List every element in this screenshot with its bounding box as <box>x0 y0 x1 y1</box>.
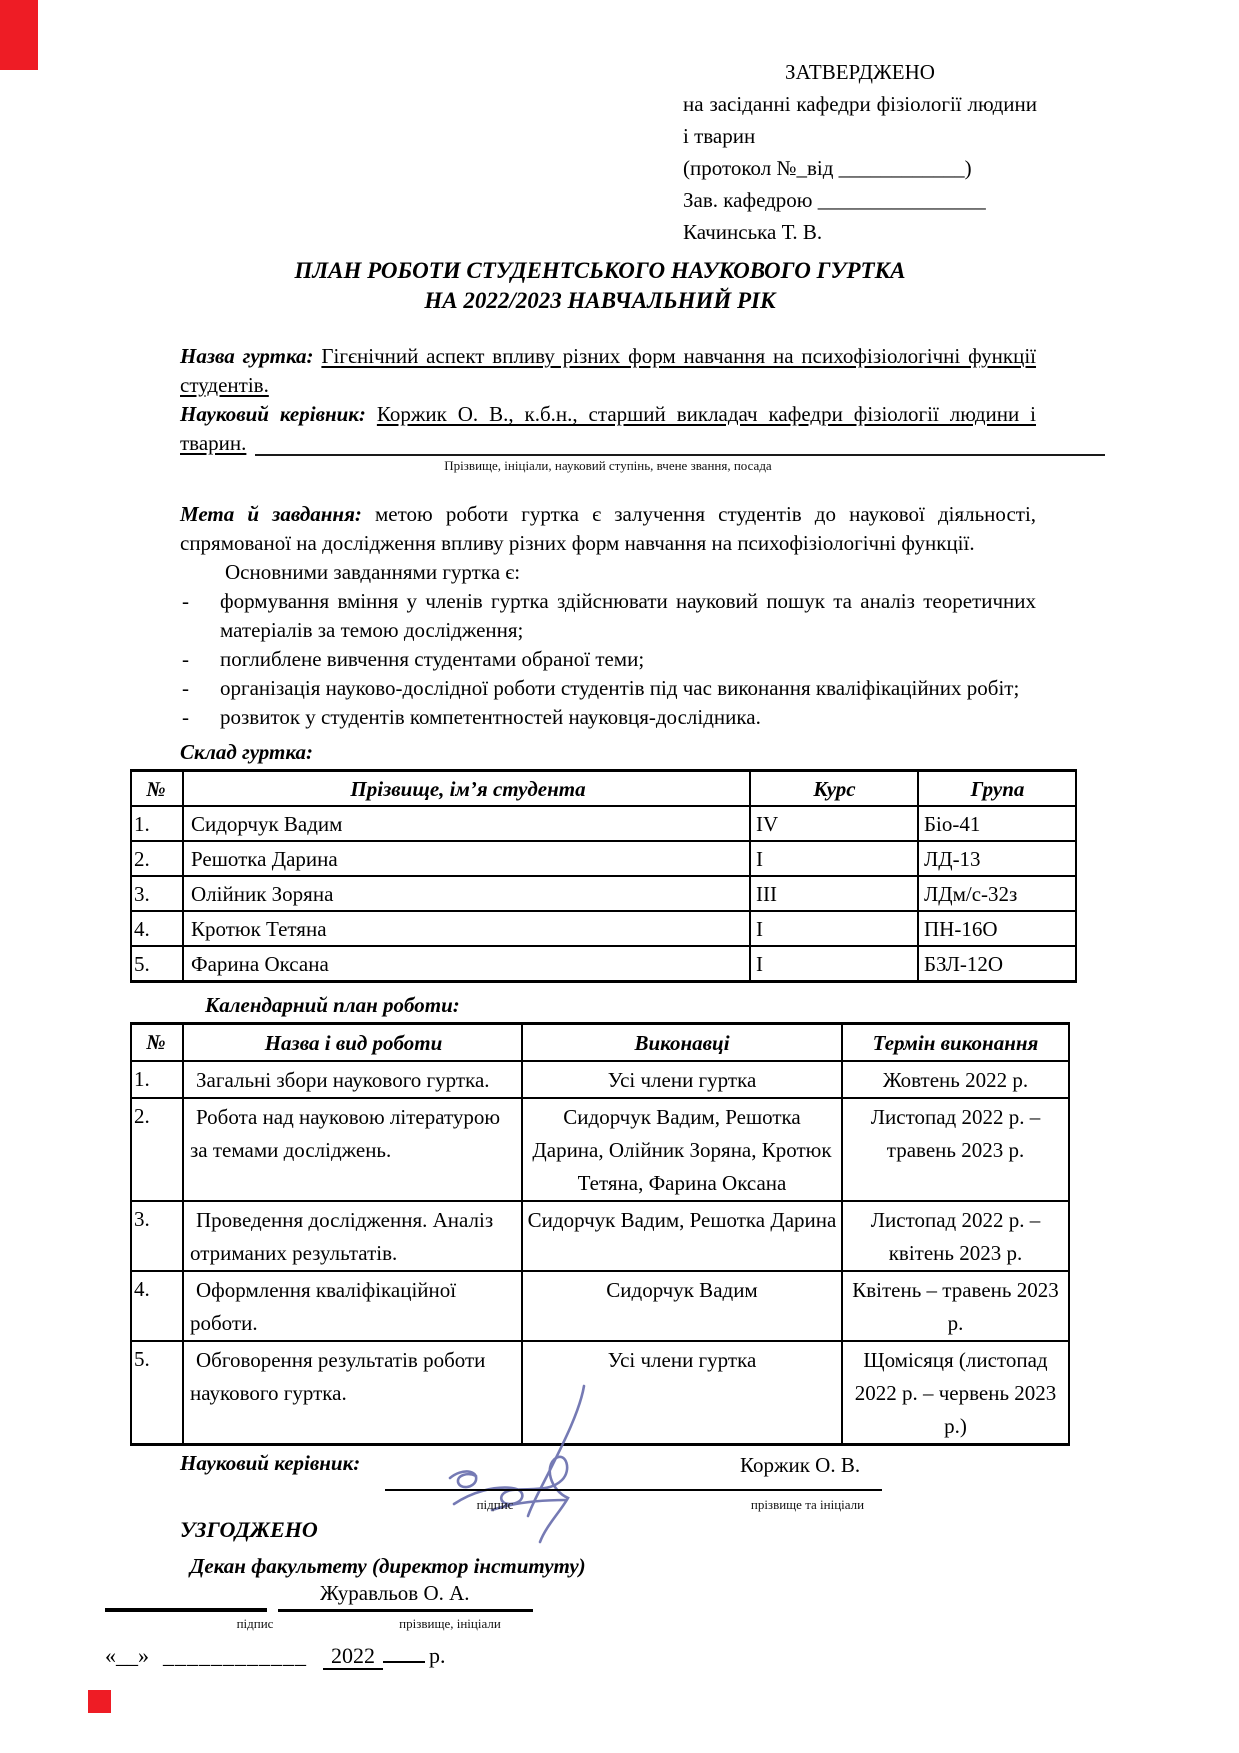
supervisor-signature-row: Науковий керівник: Коржик О. В. підпис п… <box>105 1445 1115 1520</box>
plan-work: Робота над науковою літературою за темам… <box>183 1098 522 1201</box>
task-item-text: формування вміння у членів гуртка здійсн… <box>220 587 1036 645</box>
name-caption: прізвище та ініціали <box>705 1497 910 1513</box>
dean-label: Декан факультету (директор інституту) <box>105 1552 1115 1580</box>
table-row: 3. Проведення дослідження. Аналіз отрима… <box>131 1201 1069 1271</box>
bullet-dash: - <box>180 645 220 674</box>
date-after-year-line <box>383 1661 425 1663</box>
member-num: 3. <box>131 876 183 911</box>
task-item: -формування вміння у членів гуртка здійс… <box>180 587 1036 645</box>
member-num: 1. <box>131 806 183 841</box>
goals-paragraph: Мета й завдання: метою роботи гуртка є з… <box>180 500 1036 558</box>
supervisor-name: Коржик О. В. <box>740 1453 860 1478</box>
member-course: I <box>750 841 918 876</box>
member-num: 5. <box>131 946 183 982</box>
dean-name-line <box>278 1609 533 1612</box>
document-title-line2: НА 2022/2023 НАВЧАЛЬНИЙ РІК <box>0 286 1200 316</box>
signature-caption: підпис <box>435 1497 555 1513</box>
plan-term: Листопад 2022 р. – травень 2023 р. <box>842 1098 1069 1201</box>
approval-head-line: Зав. кафедрою ________________ <box>683 184 1037 216</box>
date-prefix: «__» <box>105 1643 149 1668</box>
document-page: ЗАТВЕРДЖЕНО на засіданні кафедри фізіоло… <box>0 0 1239 1753</box>
member-num: 4. <box>131 911 183 946</box>
approval-head-name: Качинська Т. В. <box>683 216 1037 248</box>
dean-name: Журавльов О. А. <box>105 1580 1115 1607</box>
plan-num: 5. <box>131 1341 183 1445</box>
member-course: I <box>750 946 918 982</box>
plan-executors: Сидорчук Вадим, Решотка Дарина, Олійник … <box>522 1098 842 1201</box>
table-row: 4. Кротюк Тетяна I ПН-16О <box>131 911 1076 946</box>
member-group: БЗЛ-12О <box>918 946 1076 982</box>
table-row: 5. Фарина Оксана I БЗЛ-12О <box>131 946 1076 982</box>
supervisor-caption: Прізвище, ініціали, науковий ступінь, вч… <box>180 458 1036 474</box>
member-course: III <box>750 876 918 911</box>
plan-executors: Сидорчук Вадим <box>522 1271 842 1341</box>
supervisor-label: Науковий керівник: <box>180 402 366 426</box>
plan-num: 3. <box>131 1201 183 1271</box>
plan-section-label: Календарний план роботи: <box>180 991 1036 1020</box>
table-row: 4. Оформлення кваліфікаційної роботи. Си… <box>131 1271 1069 1341</box>
dean-signature-row: підпис прізвище, ініціали <box>105 1607 1115 1639</box>
member-name: Олійник Зоряна <box>183 876 750 911</box>
member-num: 2. <box>131 841 183 876</box>
document-title-line1: ПЛАН РОБОТИ СТУДЕНТСЬКОГО НАУКОВОГО ГУРТ… <box>0 256 1200 286</box>
plan-num: 2. <box>131 1098 183 1201</box>
table-row: 2. Решотка Дарина I ЛД-13 <box>131 841 1076 876</box>
plan-table-header: № Назва і вид роботи Виконавці Термін ви… <box>131 1024 1069 1062</box>
club-name-line: Назва гуртка: Гігєнічний аспект впливу р… <box>180 342 1036 400</box>
approval-meeting-text: на засіданні кафедри фізіології людини і… <box>683 88 1037 152</box>
member-group: ПН-16О <box>918 911 1076 946</box>
member-group: ЛД-13 <box>918 841 1076 876</box>
approval-protocol-line: (протокол №_від ____________) <box>683 152 1037 184</box>
member-name: Кротюк Тетяна <box>183 911 750 946</box>
members-header-name: Прізвище, ім’я студента <box>183 771 750 807</box>
date-suffix: р. <box>429 1643 446 1668</box>
table-row: 1. Сидорчук Вадим IV Біо-41 <box>131 806 1076 841</box>
member-name: Сидорчук Вадим <box>183 806 750 841</box>
table-row: 2. Робота над науковою літературою за те… <box>131 1098 1069 1201</box>
task-item-text: поглиблене вивчення студентами обраної т… <box>220 645 1036 674</box>
approved-heading: ЗАТВЕРДЖЕНО <box>683 56 1037 88</box>
plan-executors: Усі члени гуртка <box>522 1061 842 1098</box>
plan-term: Жовтень 2022 р. <box>842 1061 1069 1098</box>
bullet-dash: - <box>180 703 220 732</box>
document-title: ПЛАН РОБОТИ СТУДЕНТСЬКОГО НАУКОВОГО ГУРТ… <box>0 256 1200 316</box>
task-item: -поглиблене вивчення студентами обраної … <box>180 645 1036 674</box>
task-item-text: організація науково-дослідної роботи сту… <box>220 674 1036 703</box>
members-section-label: Склад гуртка: <box>180 738 1036 767</box>
task-item: -розвиток у студентів компетентностей на… <box>180 703 1036 732</box>
date-blank: ____________ <box>163 1643 307 1668</box>
task-item-text: розвиток у студентів компетентностей нау… <box>220 703 1036 732</box>
members-table-header: № Прізвище, ім’я студента Курс Група <box>131 771 1076 807</box>
member-group: Біо-41 <box>918 806 1076 841</box>
club-name-label: Назва гуртка: <box>180 344 314 368</box>
table-row: 1. Загальні збори наукового гуртка. Усі … <box>131 1061 1069 1098</box>
plan-header-executors: Виконавці <box>522 1024 842 1062</box>
plan-executors: Сидорчук Вадим, Решотка Дарина <box>522 1201 842 1271</box>
task-item: -організація науково-дослідної роботи ст… <box>180 674 1036 703</box>
date-year: 2022 <box>323 1643 383 1670</box>
red-corner-mark-top <box>0 0 38 70</box>
members-header-group: Група <box>918 771 1076 807</box>
plan-term: Листопад 2022 р. – квітень 2023 р. <box>842 1201 1069 1271</box>
member-name: Решотка Дарина <box>183 841 750 876</box>
goals-label: Мета й завдання: <box>180 502 362 526</box>
agreed-heading: УЗГОДЖЕНО <box>105 1516 1115 1544</box>
plan-header-term: Термін виконання <box>842 1024 1069 1062</box>
red-corner-mark-bottom <box>88 1690 111 1713</box>
members-header-course: Курс <box>750 771 918 807</box>
member-course: IV <box>750 806 918 841</box>
plan-work: Проведення дослідження. Аналіз отриманих… <box>183 1201 522 1271</box>
supervisor-line: Науковий керівник: Коржик О. В., к.б.н.,… <box>180 400 1036 458</box>
plan-num: 1. <box>131 1061 183 1098</box>
members-table: № Прізвище, ім’я студента Курс Група 1. … <box>130 769 1077 983</box>
plan-header-num: № <box>131 1024 183 1062</box>
document-body: Назва гуртка: Гігєнічний аспект впливу р… <box>180 342 1036 1446</box>
signoff-block: Науковий керівник: Коржик О. В. підпис п… <box>105 1445 1115 1669</box>
plan-work: Оформлення кваліфікаційної роботи. <box>183 1271 522 1341</box>
member-name: Фарина Оксана <box>183 946 750 982</box>
member-group: ЛДм/с-32з <box>918 876 1076 911</box>
signature-rule <box>255 454 1105 456</box>
plan-work: Загальні збори наукового гуртка. <box>183 1061 522 1098</box>
bullet-dash: - <box>180 587 220 645</box>
tasks-intro: Основними завданнями гуртка є: <box>180 558 1036 587</box>
signoff-supervisor-label: Науковий керівник: <box>180 1451 360 1476</box>
member-course: I <box>750 911 918 946</box>
plan-header-work: Назва і вид роботи <box>183 1024 522 1062</box>
dean-signature-line <box>105 1608 267 1612</box>
plan-term: Квітень – травень 2023 р. <box>842 1271 1069 1341</box>
date-line: «__»____________2022р. <box>105 1643 1115 1669</box>
plan-term: Щомісяця (листопад 2022 р. – червень 202… <box>842 1341 1069 1445</box>
signature-line <box>385 1489 882 1491</box>
members-header-num: № <box>131 771 183 807</box>
approval-block: ЗАТВЕРДЖЕНО на засіданні кафедри фізіоло… <box>683 56 1037 248</box>
bullet-dash: - <box>180 674 220 703</box>
plan-num: 4. <box>131 1271 183 1341</box>
dean-name-caption: прізвище, ініціали <box>345 1616 555 1632</box>
dean-signature-caption: підпис <box>200 1616 310 1632</box>
table-row: 3. Олійник Зоряна III ЛДм/с-32з <box>131 876 1076 911</box>
